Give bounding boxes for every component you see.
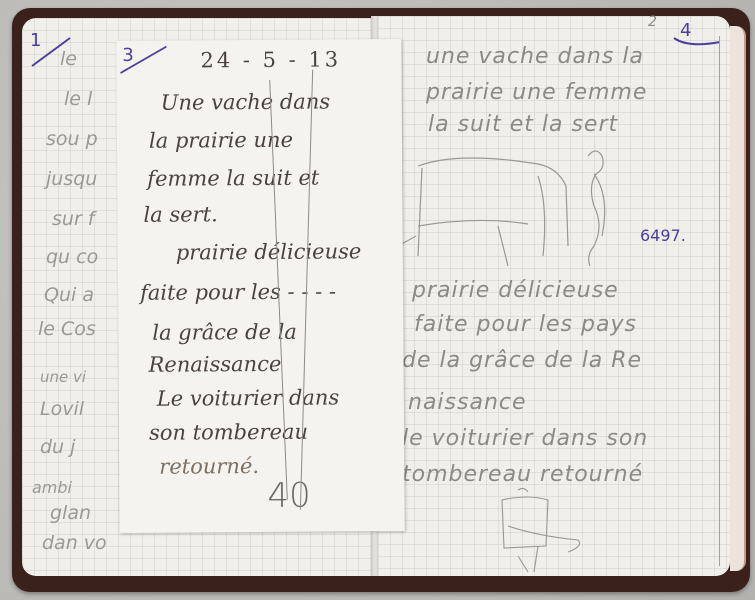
slip-footer-number: 40 [267, 476, 311, 516]
left-line: jusqu [46, 168, 97, 190]
right-line: prairie une femme [426, 80, 647, 105]
slip-line: retourné. [159, 454, 259, 479]
page-edges [730, 26, 746, 571]
right-line: tombereau retourné [402, 462, 643, 487]
right-page: 2 4 une vache dans la prairie une femme … [378, 16, 730, 576]
cow-sketch [398, 146, 638, 276]
slip-date: 24 - 5 - 13 [200, 47, 341, 72]
right-line: le voiturier dans son [402, 426, 648, 451]
left-line: le l [64, 88, 92, 110]
right-line: prairie délicieuse [412, 278, 619, 303]
left-line: sur f [52, 208, 94, 230]
slip-line: prairie délicieuse [176, 239, 362, 264]
slip-line: la sert. [143, 202, 217, 227]
left-line: Qui a [44, 284, 94, 306]
right-line: la suit et la sert [428, 112, 618, 137]
page-number-slash-icon [116, 41, 176, 81]
left-line: du j [40, 436, 75, 458]
left-line: sou p [46, 128, 98, 150]
slip-line: Une vache dans [161, 90, 331, 115]
cart-sketch [488, 486, 598, 576]
page-number-circle-icon [668, 20, 728, 50]
left-line: une vi [40, 368, 86, 386]
right-line: faite pour les pays [414, 312, 637, 337]
right-line: une vache dans la [426, 44, 644, 69]
left-line: ambi [32, 478, 72, 497]
right-line: naissance [408, 390, 527, 415]
inserted-paper-slip: 3 24 - 5 - 13 Une vache dans la prairie … [116, 39, 404, 533]
left-line: dan vo [42, 532, 107, 554]
slip-line: Le voiturier dans [157, 385, 340, 410]
slip-line: la grâce de la [152, 320, 297, 345]
slip-line: Renaissance [148, 352, 281, 377]
corner-mark: 2 [648, 14, 658, 30]
slip-line: femme la suit et [147, 166, 319, 191]
left-line: le Cos [38, 318, 96, 340]
right-line: de la grâce de la Re [402, 348, 642, 373]
left-line: Lovil [40, 398, 84, 420]
inventory-number: 6497. [640, 226, 686, 245]
left-line: qu co [46, 246, 98, 268]
left-line: glan [50, 502, 91, 524]
left-line: le [60, 48, 77, 70]
